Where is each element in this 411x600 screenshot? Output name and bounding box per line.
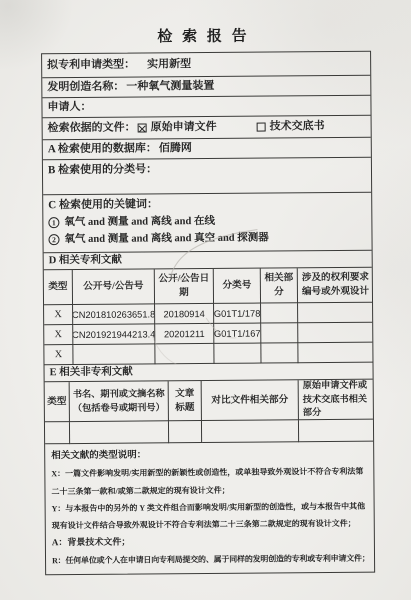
invention-name-label: 发明创造名称：: [47, 80, 124, 94]
note-type-y: Y：与本报告中的另外的 Y 类文件组合而影响发明/实用新型的创造性，或与本报告中…: [52, 498, 368, 535]
patent-row-2-type: X: [44, 325, 73, 345]
patent-docs-table: 类型 公开号/公告号 公开/公告日期 分类号 相关部分 涉及的权利要求编号或外观…: [44, 268, 373, 366]
patent-header-relevant: 相关部分: [261, 268, 298, 303]
report-title: 检 索 报 告: [0, 23, 409, 47]
nonpatent-docs-table: 类型 书名、期刊或文摘名称（包括卷号或期刊号） 文章标题 对比文件相关部分 原始…: [45, 380, 373, 445]
nonpatent-header-type: 类型: [45, 382, 70, 422]
scanned-paper: 检 索 报 告 拟专利申请类型： 实用新型 发明创造名称： 一种氧气测量装置 申…: [0, 0, 411, 600]
document-type-notes: 相关文献的类型说明： X：一篇文件影响发明/实用新型的新颖性或创造性，或单独导致…: [45, 442, 374, 575]
keywords-label: C 检索使用的关键词：: [48, 198, 158, 213]
classification-row: B 检索使用的分类号：: [43, 158, 371, 196]
patent-row-1-relevant: [261, 303, 298, 323]
nonpatent-row-1-article: [169, 421, 202, 443]
search-basis-label: 检索依据的文件：: [48, 121, 136, 135]
database-label: A 检索使用的数据库：: [48, 142, 157, 157]
nonpatent-header-article: 文章标题: [169, 381, 202, 421]
nonpatent-header-original: 原始申请文件或技术交底书相关部分: [299, 380, 373, 421]
patent-row-1-type: X: [44, 305, 73, 325]
patent-row-2-relevant: [261, 323, 298, 343]
checkbox-empty-icon: [257, 123, 266, 132]
applicant-row: 申请人：: [42, 96, 370, 119]
applicant-label: 申请人：: [47, 101, 91, 115]
nonpatent-row-1-type: [45, 422, 70, 444]
nonpatent-row-1-compare: [202, 420, 299, 443]
database-value: 佰腾网: [159, 142, 192, 156]
invention-name-value: 一种氧气测量装置: [126, 80, 214, 94]
keyword-item-1: 1 氧气 and 测量 and 离线 and 在线: [48, 215, 215, 229]
database-row: A 检索使用的数据库： 佰腾网: [43, 138, 371, 161]
patent-row-1-class: G01T1/178: [214, 304, 261, 324]
invention-name-row: 发明创造名称： 一种氧气测量装置: [42, 76, 370, 99]
classification-label: B 检索使用的分类号：: [48, 163, 157, 178]
application-type-row: 拟专利申请类型： 实用新型: [42, 52, 370, 79]
patent-row-3-class: [214, 344, 261, 364]
basis-option-disclosure-label: 技术交底书: [270, 120, 325, 134]
patent-header-pubno: 公开号/公告号: [73, 269, 155, 305]
patent-row-3-pubdate: [155, 344, 214, 364]
circled-number-2-icon: 2: [48, 234, 59, 245]
patent-row-3-type: X: [44, 345, 73, 365]
search-report-form: 拟专利申请类型： 实用新型 发明创造名称： 一种氧气测量装置 申请人： 检索依据…: [41, 51, 375, 576]
patent-row-3-pubno: [73, 344, 155, 365]
patent-row-3-relevant: [261, 343, 298, 363]
patent-header-type: 类型: [44, 270, 73, 305]
document-sheet: 检 索 报 告 拟专利申请类型： 实用新型 发明创造名称： 一种氧气测量装置 申…: [0, 0, 411, 600]
nonpatent-header-bookname: 书名、期刊或文摘名称（包括卷号或期刊号）: [70, 381, 169, 422]
patent-header-claims: 涉及的权利要求编号或外观设计: [298, 268, 372, 304]
patent-row-3-claims: [298, 343, 372, 364]
keyword-item-2: 2 氧气 and 测量 and 离线 and 真空 and 探测器: [48, 231, 268, 246]
patent-header-pubdate: 公开/公告日期: [155, 269, 214, 304]
patent-row-2-class: G01T1/167: [214, 324, 261, 344]
patent-row-2-claims: [298, 323, 372, 344]
note-type-r: R：任何单位或个人在申请日向专利局提交的、属于同样的发明创造的专利或专利申请文件…: [52, 550, 368, 570]
patent-row-1-pubno: CN201810263651.8: [73, 304, 155, 325]
patent-row-1-claims: [298, 303, 372, 324]
keyword-2-text: 氧气 and 测量 and 离线 and 真空 and 探测器: [64, 231, 268, 246]
circled-number-1-icon: 1: [48, 217, 59, 228]
patent-row-2-pubno: CN201921944213.4: [73, 324, 155, 345]
application-type-label: 拟专利申请类型：: [47, 58, 135, 72]
nonpatent-row-1-bookname: [70, 421, 169, 444]
search-basis-row: 检索依据的文件： 原始申请文件 技术交底书: [43, 116, 371, 141]
checkbox-checked-icon: [138, 123, 147, 132]
nonpatent-row-1-original: [299, 420, 373, 443]
patent-row-1-pubdate: 20180914: [155, 304, 214, 324]
nonpatent-header-compare: 对比文件相关部分: [202, 380, 299, 421]
basis-option-original-label: 原始申请文件: [151, 121, 217, 135]
patent-header-class: 分类号: [214, 269, 261, 304]
patent-row-2-pubdate: 20201211: [155, 324, 214, 344]
application-type-value: 实用新型: [147, 58, 191, 72]
keywords-row: C 检索使用的关键词： 1 氧气 and 测量 and 离线 and 在线 2 …: [43, 193, 371, 254]
note-type-x: X：一篇文件影响发明/实用新型的新颖性或创造性，或单独导致外观设计不符合专利法第…: [51, 463, 367, 500]
keyword-1-text: 氧气 and 测量 and 离线 and 在线: [64, 215, 215, 229]
